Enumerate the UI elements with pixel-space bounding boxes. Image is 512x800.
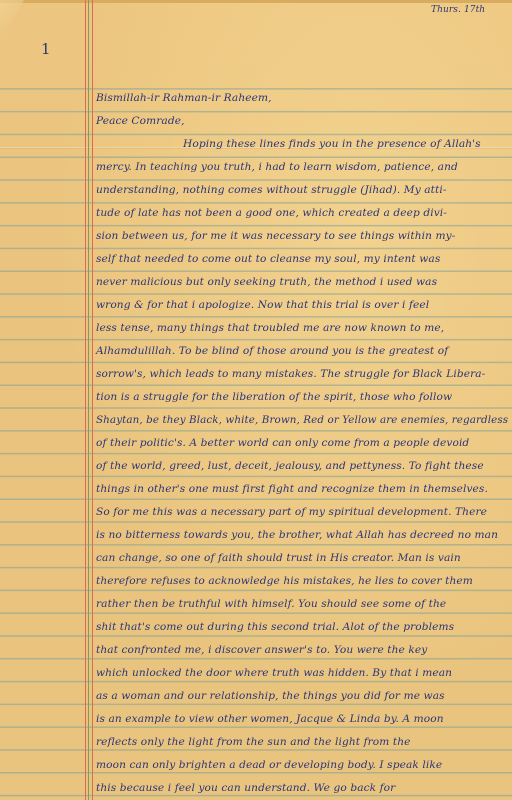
salutation-greeting: Peace Comrade, bbox=[96, 115, 185, 127]
letter-line: wrong & for that i apologize. Now that t… bbox=[96, 299, 429, 311]
letter-line: therefore refuses to acknowledge his mis… bbox=[96, 575, 473, 587]
letter-line: less tense, many things that troubled me… bbox=[96, 322, 444, 334]
letter-line: as a woman and our relationship, the thi… bbox=[96, 690, 445, 702]
letter-page: 1 Thurs. 17th Bismillah-ir Rahman-ir Rah… bbox=[0, 0, 512, 800]
paper-top-edge bbox=[0, 0, 512, 3]
letter-line: is no bitterness towards you, the brothe… bbox=[96, 529, 498, 541]
letter-line: reflects only the light from the sun and… bbox=[96, 736, 411, 748]
margin-line-red-left bbox=[85, 0, 86, 800]
letter-line: that confronted me, i discover answer's … bbox=[96, 644, 427, 656]
letter-line: sorrow's, which leads to many mistakes. … bbox=[96, 368, 485, 380]
letter-line: mercy. In teaching you truth, i had to l… bbox=[96, 161, 458, 173]
letter-line: never malicious but only seeking truth, … bbox=[96, 276, 437, 288]
letter-line: self that needed to come out to cleanse … bbox=[96, 253, 440, 265]
letter-line: So for me this was a necessary part of m… bbox=[96, 506, 487, 518]
letter-line: this because i feel you can understand. … bbox=[96, 782, 395, 794]
letter-line: Hoping these lines finds you in the pres… bbox=[183, 138, 481, 150]
letter-line: moon can only brighten a dead or develop… bbox=[96, 759, 442, 771]
letter-line: tion is a struggle for the liberation of… bbox=[96, 391, 452, 403]
letter-date: Thurs. 17th bbox=[431, 5, 485, 15]
letter-line: is an example to view other women, Jacqu… bbox=[96, 713, 444, 725]
margin-line-red-right bbox=[92, 0, 93, 800]
salutation-bismillah: Bismillah-ir Rahman-ir Raheem, bbox=[96, 92, 272, 104]
letter-line: of the world, greed, lust, deceit, jealo… bbox=[96, 460, 484, 472]
letter-line: rather then be truthful with himself. Yo… bbox=[96, 598, 446, 610]
letter-line: understanding, nothing comes without str… bbox=[96, 184, 447, 196]
letter-line: shit that's come out during this second … bbox=[96, 621, 454, 633]
letter-line: can change, so one of faith should trust… bbox=[96, 552, 461, 564]
letter-line: Alhamdulillah. To be blind of those arou… bbox=[96, 345, 448, 357]
margin-line-green bbox=[88, 0, 89, 800]
letter-line: of their politic's. A better world can o… bbox=[96, 437, 469, 449]
letter-line: things in other's one must first fight a… bbox=[96, 483, 488, 495]
letter-line: sion between us, for me it was necessary… bbox=[96, 230, 455, 242]
paper-corner-fold bbox=[0, 0, 24, 40]
page-number: 1 bbox=[41, 40, 51, 58]
letter-line: which unlocked the door where truth was … bbox=[96, 667, 452, 679]
letter-line: Shaytan, be they Black, white, Brown, Re… bbox=[96, 414, 508, 426]
letter-line: tude of late has not been a good one, wh… bbox=[96, 207, 447, 219]
